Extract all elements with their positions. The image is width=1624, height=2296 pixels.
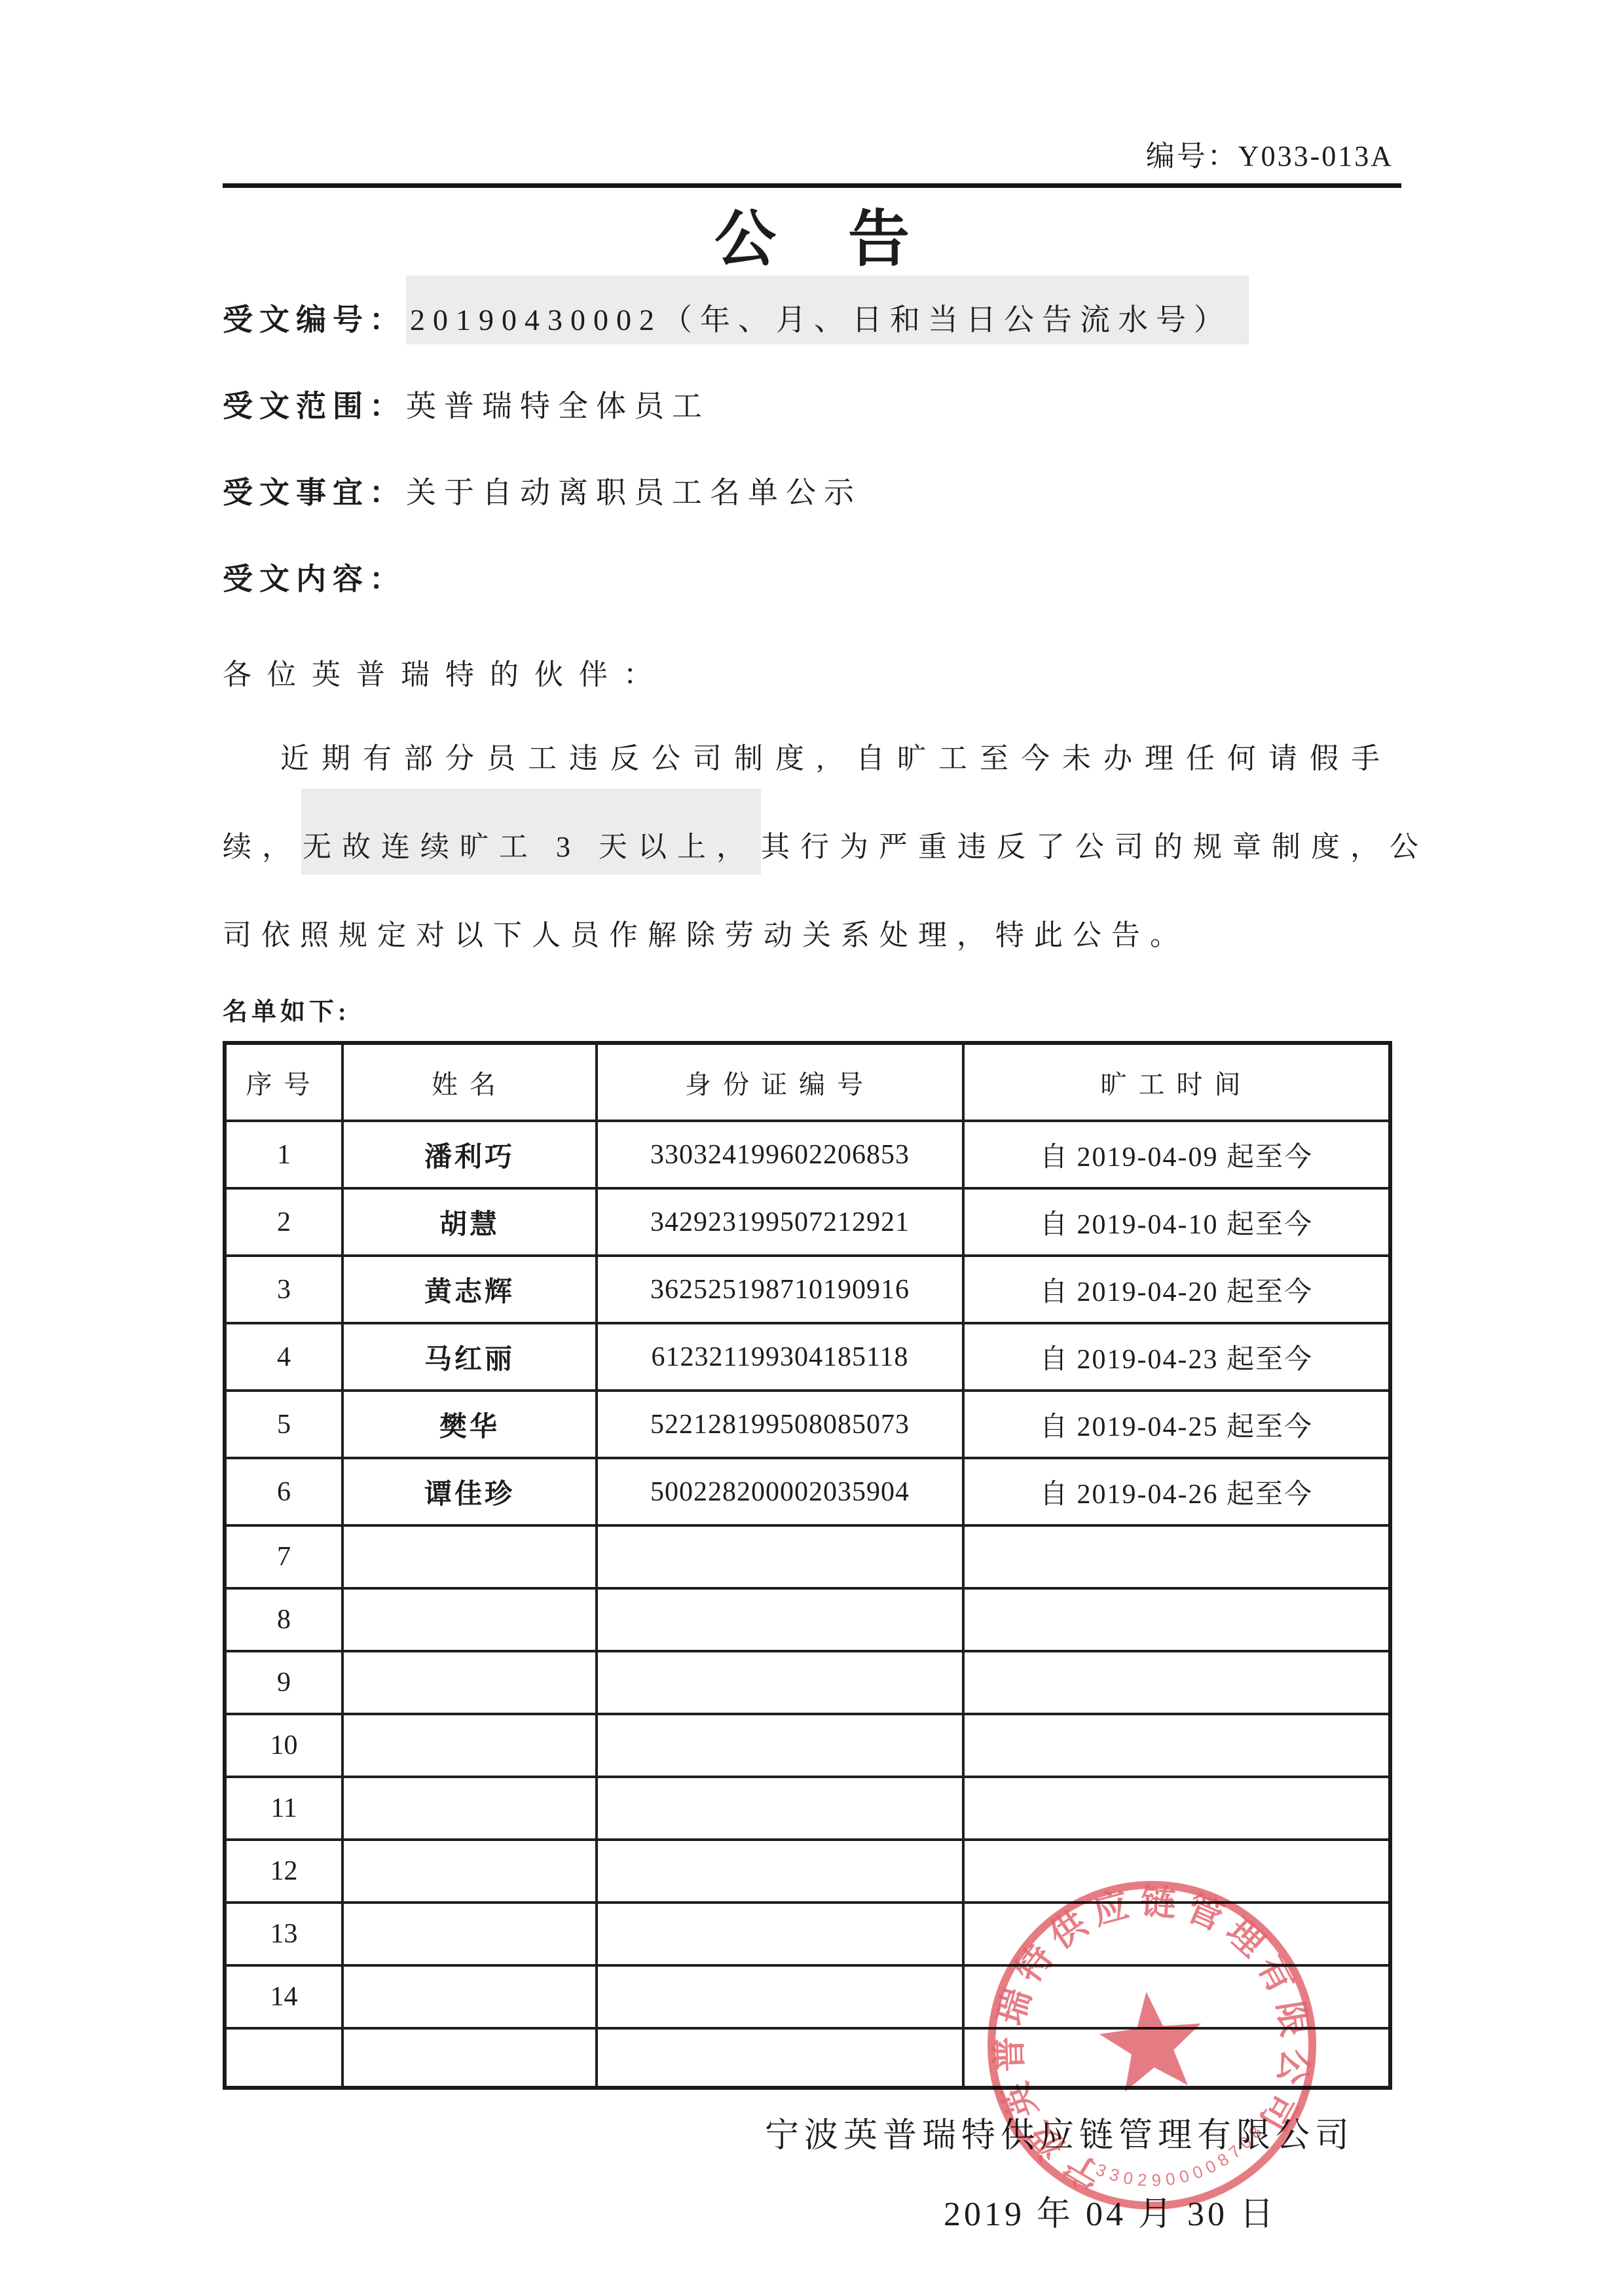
table-header-row: 序号 姓名 身份证编号 旷工时间 — [225, 1043, 1390, 1121]
meta-section: 受文编号：20190430002（年、月、日和当日公告流水号） 受文范围：英普瑞… — [223, 301, 1401, 599]
body-paragraph: 近期有部分员工违反公司制度, 自旷工至今未办理任何请假手 续，无故连续旷工 3 … — [223, 714, 1401, 979]
cell-id — [597, 2028, 963, 2088]
paragraph-line-2: 续，无故连续旷工 3 天以上，其行为严重违反了公司的规章制度，公 — [223, 803, 1401, 891]
cell-period: 自 2019-04-26 起至今 — [963, 1458, 1390, 1525]
header-rule — [223, 183, 1401, 188]
cell-id: 362525198710190916 — [597, 1256, 963, 1323]
cell-period: 自 2019-04-25 起至今 — [963, 1391, 1390, 1458]
footer-date: 2019 年 04 月 30 日 — [223, 2195, 1401, 2235]
cell-name — [342, 1525, 597, 1588]
cell-name — [342, 1840, 597, 1903]
meta-row-subject: 受文事宜：关于自动离职员工名单公示 — [223, 473, 1401, 513]
cell-name: 潘利巧 — [342, 1121, 597, 1188]
table-row: 12 — [225, 1840, 1390, 1903]
table-row: 4 马红丽 612321199304185118 自 2019-04-23 起至… — [225, 1323, 1390, 1391]
cell-seq: 11 — [225, 1777, 342, 1840]
page-title: 公告 — [223, 200, 1401, 270]
cell-id: 612321199304185118 — [597, 1323, 963, 1391]
cell-name: 黄志辉 — [342, 1256, 597, 1323]
col-header-seq: 序号 — [225, 1043, 342, 1121]
cell-period: 自 2019-04-20 起至今 — [963, 1256, 1390, 1323]
table-row: 3 黄志辉 362525198710190916 自 2019-04-20 起至… — [225, 1256, 1390, 1323]
meta-row-receipt-no: 受文编号：20190430002（年、月、日和当日公告流水号） — [223, 301, 1401, 340]
cell-seq: 4 — [225, 1323, 342, 1391]
cell-seq — [225, 2028, 342, 2088]
cell-id: 342923199507212921 — [597, 1188, 963, 1256]
cell-id: 522128199508085073 — [597, 1391, 963, 1458]
cell-name: 胡慧 — [342, 1188, 597, 1256]
list-intro: 名单如下: — [223, 998, 1401, 1027]
footer-company-name: 宁波英普瑞特供应链管理有限公司 — [223, 2116, 1401, 2157]
cell-period — [963, 2028, 1390, 2088]
cell-name — [342, 1777, 597, 1840]
scope-value: 英普瑞特全体员工 — [406, 390, 710, 423]
salutation: 各位英普瑞特的伙伴： — [223, 655, 1401, 695]
cell-id — [597, 1525, 963, 1588]
cell-period — [963, 1903, 1390, 1965]
col-header-id: 身份证编号 — [597, 1043, 963, 1121]
col-header-period: 旷工时间 — [963, 1043, 1390, 1121]
cell-name: 樊华 — [342, 1391, 597, 1458]
cell-id — [597, 1588, 963, 1651]
cell-period — [963, 1588, 1390, 1651]
absentee-table: 序号 姓名 身份证编号 旷工时间 1 潘利巧 33032419960220685… — [223, 1041, 1392, 2090]
cell-period — [963, 1651, 1390, 1714]
cell-seq: 9 — [225, 1651, 342, 1714]
cell-period: 自 2019-04-10 起至今 — [963, 1188, 1390, 1256]
meta-row-scope: 受文范围：英普瑞特全体员工 — [223, 387, 1401, 426]
table-row — [225, 2028, 1390, 2088]
receipt-no-value: 20190430002（年、月、日和当日公告流水号） — [406, 276, 1249, 344]
cell-id — [597, 1903, 963, 1965]
cell-seq: 14 — [225, 1965, 342, 2028]
table-row: 10 — [225, 1714, 1390, 1777]
subject-label: 受文事宜： — [223, 476, 406, 509]
paragraph-line-2-post: 其行为严重违反了公司的规章制度，公 — [761, 831, 1429, 863]
cell-seq: 7 — [225, 1525, 342, 1588]
col-header-name: 姓名 — [342, 1043, 597, 1121]
cell-name — [342, 1651, 597, 1714]
cell-period — [963, 1525, 1390, 1588]
cell-name: 谭佳珍 — [342, 1458, 597, 1525]
table-row: 2 胡慧 342923199507212921 自 2019-04-10 起至今 — [225, 1188, 1390, 1256]
cell-period: 自 2019-04-09 起至今 — [963, 1121, 1390, 1188]
table-row: 11 — [225, 1777, 1390, 1840]
cell-period — [963, 1965, 1390, 2028]
cell-seq: 5 — [225, 1391, 342, 1458]
table-row: 6 谭佳珍 500228200002035904 自 2019-04-26 起至… — [225, 1458, 1390, 1525]
table-row: 9 — [225, 1651, 1390, 1714]
receipt-no-label: 受文编号： — [223, 303, 406, 337]
cell-period: 自 2019-04-23 起至今 — [963, 1323, 1390, 1391]
cell-id — [597, 1965, 963, 2028]
paragraph-line-2-highlight: 无故连续旷工 3 天以上， — [301, 789, 761, 875]
cell-name — [342, 1965, 597, 2028]
cell-seq: 6 — [225, 1458, 342, 1525]
doc-number: 编号：Y033-013A — [223, 139, 1401, 174]
cell-seq: 10 — [225, 1714, 342, 1777]
subject-value: 关于自动离职员工名单公示 — [406, 476, 862, 509]
cell-seq: 12 — [225, 1840, 342, 1903]
cell-name: 马红丽 — [342, 1323, 597, 1391]
cell-seq: 2 — [225, 1188, 342, 1256]
cell-id: 500228200002035904 — [597, 1458, 963, 1525]
table-row: 5 樊华 522128199508085073 自 2019-04-25 起至今 — [225, 1391, 1390, 1458]
cell-seq: 13 — [225, 1903, 342, 1965]
cell-name — [342, 2028, 597, 2088]
cell-id — [597, 1777, 963, 1840]
scope-label: 受文范围： — [223, 390, 406, 423]
paragraph-line-3: 司依照规定对以下人员作解除劳动关系处理，特此公告。 — [223, 891, 1401, 979]
cell-period — [963, 1777, 1390, 1840]
cell-name — [342, 1588, 597, 1651]
table-row: 14 — [225, 1965, 1390, 2028]
cell-seq: 1 — [225, 1121, 342, 1188]
meta-row-content: 受文内容： — [223, 560, 1401, 599]
table-row: 13 — [225, 1903, 1390, 1965]
paragraph-line-2-pre: 续， — [223, 831, 301, 863]
table-row: 1 潘利巧 330324199602206853 自 2019-04-09 起至… — [225, 1121, 1390, 1188]
cell-id — [597, 1651, 963, 1714]
cell-name — [342, 1903, 597, 1965]
cell-name — [342, 1714, 597, 1777]
table-row: 7 — [225, 1525, 1390, 1588]
announcement-page: 编号：Y033-013A 公告 受文编号：20190430002（年、月、日和当… — [0, 0, 1624, 2296]
cell-seq: 3 — [225, 1256, 342, 1323]
content-label: 受文内容： — [223, 562, 406, 596]
cell-period — [963, 1840, 1390, 1903]
cell-seq: 8 — [225, 1588, 342, 1651]
cell-id: 330324199602206853 — [597, 1121, 963, 1188]
cell-id — [597, 1840, 963, 1903]
cell-period — [963, 1714, 1390, 1777]
table-row: 8 — [225, 1588, 1390, 1651]
cell-id — [597, 1714, 963, 1777]
